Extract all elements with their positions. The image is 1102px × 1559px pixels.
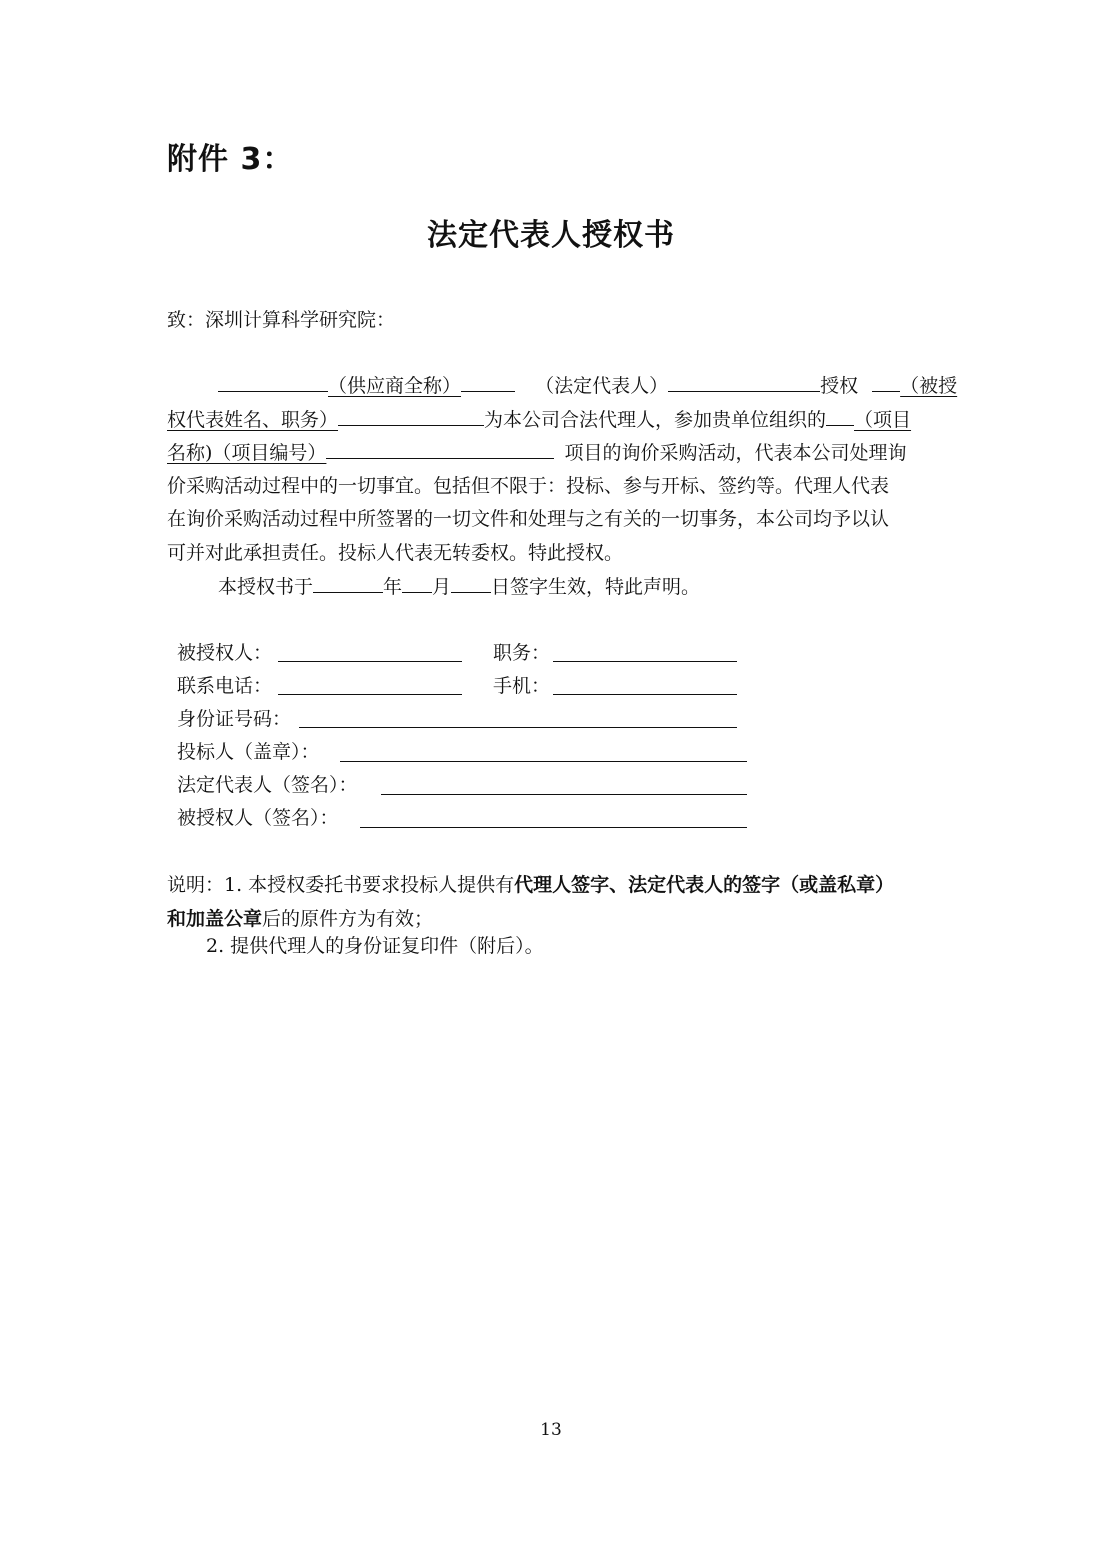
bidder-seal-field[interactable] bbox=[340, 761, 747, 762]
authorized-placeholder-start: （被授 bbox=[900, 375, 957, 397]
attachment-label: 附件 3： bbox=[167, 134, 293, 178]
legal-rep-blank[interactable] bbox=[668, 369, 820, 392]
authorized-person-field[interactable] bbox=[278, 661, 462, 662]
position-label: 职务： bbox=[493, 637, 550, 671]
legal-rep-placeholder: （法定代表人） bbox=[535, 375, 668, 397]
document-page: 附件 3： 法定代表人授权书 致：深圳计算科学研究院： （供应商全称） （法定代… bbox=[0, 0, 1102, 1559]
note-rest: 后的原件方为有效； bbox=[262, 908, 433, 930]
authorized-blank[interactable] bbox=[872, 369, 900, 392]
mobile-label: 手机： bbox=[493, 670, 550, 704]
body-line-2-text: 为本公司合法代理人，参加贵单位组织的 bbox=[484, 409, 826, 431]
body-line-6: 可并对此承担责任。投标人代表无转委权。特此授权。 bbox=[167, 537, 623, 571]
effective-suffix: 日签字生效，特此声明。 bbox=[491, 576, 700, 598]
page-number: 13 bbox=[0, 1420, 1102, 1440]
note-line-1: 说明：1. 本授权委托书要求投标人提供有代理人签字、法定代表人的签字（或盖私章） bbox=[167, 869, 894, 903]
project-placeholder-start: （项目 bbox=[854, 409, 911, 431]
note-bold-2: 和加盖公章 bbox=[167, 908, 262, 930]
authorized-person-label: 被授权人： bbox=[177, 637, 272, 671]
document-title: 法定代表人授权书 bbox=[0, 210, 1102, 254]
year-label: 年 bbox=[383, 576, 402, 598]
project-placeholder-end: 名称)（项目编号） bbox=[167, 442, 326, 464]
body-line-4: 价采购活动过程中的一切事宜。包括但不限于：投标、参与开标、签约等。代理人代表 bbox=[167, 470, 889, 504]
bidder-seal-label: 投标人（盖章）： bbox=[177, 736, 320, 770]
authorize-text: 授权 bbox=[820, 375, 858, 397]
addressee: 致：深圳计算科学研究院： bbox=[167, 304, 395, 338]
authorized-placeholder-end: 权代表姓名、职务） bbox=[167, 409, 338, 431]
authorized-signature-field[interactable] bbox=[360, 827, 747, 828]
month-label: 月 bbox=[432, 576, 451, 598]
phone-field[interactable] bbox=[278, 694, 462, 695]
supplier-blank[interactable] bbox=[218, 369, 328, 392]
phone-label: 联系电话： bbox=[177, 670, 272, 704]
legal-rep-signature-label: 法定代表人（签名）： bbox=[177, 769, 358, 803]
effective-date-line: 本授权书于年月日签字生效，特此声明。 bbox=[218, 570, 700, 605]
note-item-2: 2. 提供代理人的身份证复印件（附后）。 bbox=[206, 930, 544, 964]
authorized-signature-label: 被授权人（签名）： bbox=[177, 802, 339, 836]
body-line-3-text: 项目的询价采购活动，代表本公司处理询 bbox=[564, 442, 906, 464]
authorized-name-blank[interactable] bbox=[338, 403, 484, 426]
body-line-1: （供应商全称） （法定代表人）授权 （被授 bbox=[218, 369, 957, 404]
mobile-field[interactable] bbox=[553, 694, 737, 695]
project-number-blank[interactable] bbox=[326, 436, 554, 459]
supplier-blank-tail[interactable] bbox=[461, 369, 515, 392]
position-field[interactable] bbox=[553, 661, 737, 662]
day-blank[interactable] bbox=[451, 570, 491, 593]
month-blank[interactable] bbox=[402, 570, 432, 593]
note-prefix: 说明：1. 本授权委托书要求投标人提供有 bbox=[167, 874, 514, 896]
id-number-label: 身份证号码： bbox=[177, 703, 291, 737]
body-line-2: 权代表姓名、职务）为本公司合法代理人，参加贵单位组织的（项目 bbox=[167, 403, 911, 438]
body-line-5: 在询价采购活动过程中所签署的一切文件和处理与之有关的一切事务，本公司均予以认 bbox=[167, 503, 889, 537]
project-blank[interactable] bbox=[826, 403, 854, 426]
legal-rep-signature-field[interactable] bbox=[381, 794, 747, 795]
supplier-placeholder: （供应商全称） bbox=[328, 375, 461, 397]
effective-prefix: 本授权书于 bbox=[218, 576, 313, 598]
id-number-field[interactable] bbox=[299, 727, 737, 728]
note-bold-1: 代理人签字、法定代表人的签字（或盖私章） bbox=[514, 874, 894, 896]
year-blank[interactable] bbox=[313, 570, 383, 593]
body-line-3: 名称)（项目编号） 项目的询价采购活动，代表本公司处理询 bbox=[167, 436, 906, 471]
